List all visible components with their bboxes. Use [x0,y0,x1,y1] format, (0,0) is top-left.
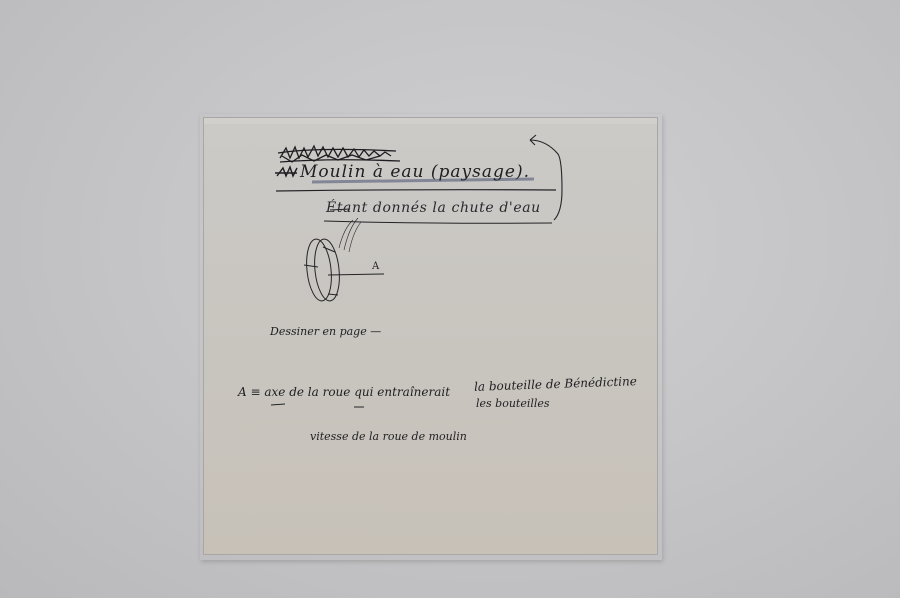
note-line-drawing: Dessiner en page — [270,325,381,338]
note-line-bottles: les bouteilles [476,397,550,410]
note-line-axis: A ≡ axe de la roue qui entraînerait [238,385,450,399]
note-title: Moulin à eau (paysage). [300,162,530,182]
note-subtitle: Étant donnés la chute d'eau [326,200,541,216]
note-line-speed: vitesse de la roue de moulin [310,430,467,443]
diagram-axis-label: A [372,261,379,272]
title-underline [276,190,556,191]
handwritten-note-paper: Moulin à eau (paysage). Étant donnés la … [203,117,658,555]
crossed-out-heading-scribble [278,146,400,162]
subtitle-underline [324,221,552,223]
crossed-out-prefix [275,167,297,176]
axe-underline [271,404,285,405]
